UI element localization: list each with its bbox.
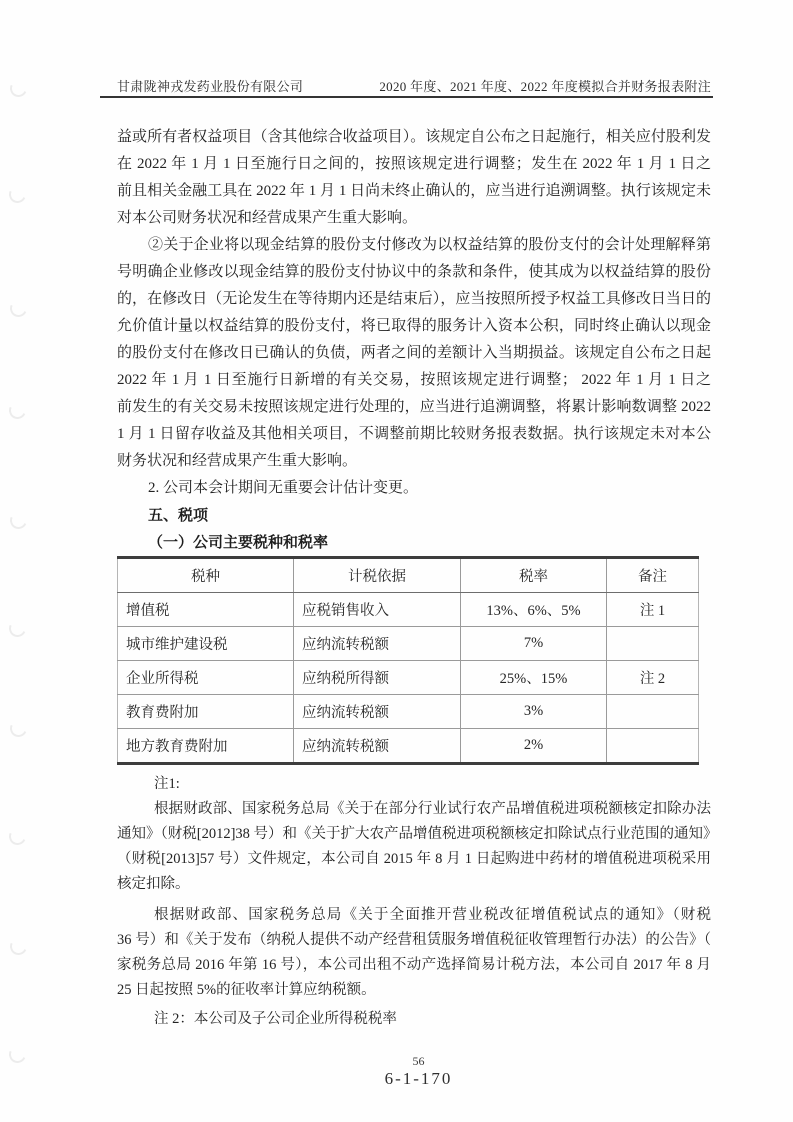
table-cell-basis: 应纳流转税额 bbox=[294, 729, 461, 764]
doc-page-code: 6-1-170 bbox=[22, 1069, 793, 1089]
paragraph-line: 1 月 1 日留存收益及其他相关项目，不调整前期比较财务报表数据。执行该规定未对… bbox=[117, 421, 711, 448]
note-paragraph: 根据财政部、国家税务总局《关于全面推开营业税改征增值税试点的通知》（财税（201… bbox=[117, 903, 711, 1003]
table-cell-tax: 增值税 bbox=[118, 593, 294, 627]
table-header-cell: 备注 bbox=[607, 558, 699, 593]
body-paragraph: ②关于企业将以现金结算的股份支付修改为以权益结算的股份支付的会计处理解释第 16… bbox=[117, 232, 711, 475]
note-paragraph: 根据财政部、国家税务总局《关于在部分行业试行农产品增值税进项税额核定扣除办法的 … bbox=[117, 797, 711, 897]
table-cell-tax: 企业所得税 bbox=[118, 661, 294, 695]
table-header-cell: 税种 bbox=[118, 558, 294, 593]
table-header-cell: 计税依据 bbox=[294, 558, 461, 593]
paragraph-line: 2022 年 1 月 1 日至施行日新增的有关交易，按照该规定进行调整； 202… bbox=[117, 367, 711, 394]
note-label: 注 2：本公司及子公司企业所得税税率 bbox=[117, 1007, 711, 1032]
paragraph-line: 在 2022 年 1 月 1 日至施行日之间的，按照该规定进行调整；发生在 20… bbox=[117, 151, 711, 178]
paragraph-line: 允价值计量以权益结算的股份支付，将已取得的服务计入资本公积，同时终止确认以现金结… bbox=[117, 313, 711, 340]
section-heading: 五、税项 bbox=[117, 502, 711, 529]
scan-artifact bbox=[8, 936, 30, 958]
paragraph-line: 财务状况和经营成果产生重大影响。 bbox=[117, 448, 711, 475]
page-body: 益或所有者权益项目（含其他综合收益项目）。该规定自公布之日起施行，相关应付股利发… bbox=[117, 124, 711, 1032]
tax-rate-table: 税种 计税依据 税率 备注 增值税 应税销售收入 13%、6%、5% 注 1 城… bbox=[117, 556, 699, 765]
page-number: 56 bbox=[22, 1054, 793, 1069]
table-notes: 注1: 根据财政部、国家税务总局《关于在部分行业试行农产品增值税进项税额核定扣除… bbox=[117, 772, 711, 1032]
scan-artifact bbox=[7, 618, 29, 640]
body-paragraph: 益或所有者权益项目（含其他综合收益项目）。该规定自公布之日起施行，相关应付股利发… bbox=[117, 124, 711, 232]
scan-artifact bbox=[7, 184, 29, 206]
paragraph-line: ②关于企业将以现金结算的股份支付修改为以权益结算的股份支付的会计处理解释第 16 bbox=[117, 232, 711, 259]
note-line: 家税务总局 2016 年第 16 号），本公司出租不动产选择简易计税方法，本公司… bbox=[117, 953, 711, 978]
paragraph-line: 2. 公司本会计期间无重要会计估计变更。 bbox=[117, 475, 711, 502]
note-line: 通知》（财税[2012]38 号）和《关于扩大农产品增值税进项税额核定扣除试点行… bbox=[117, 822, 711, 847]
scan-artifact bbox=[8, 510, 30, 532]
table-cell-note bbox=[607, 695, 699, 729]
scan-artifact bbox=[7, 400, 29, 422]
table-row: 增值税 应税销售收入 13%、6%、5% 注 1 bbox=[118, 593, 699, 627]
table-cell-basis: 应纳流转税额 bbox=[294, 695, 461, 729]
table-cell-note: 注 2 bbox=[607, 661, 699, 695]
note-line: 36 号）和《关于发布（纳税人提供不动产经营租赁服务增值税征收管理暂行办法）的公… bbox=[117, 928, 711, 953]
table-cell-basis: 应税销售收入 bbox=[294, 593, 461, 627]
note-line: 根据财政部、国家税务总局《关于全面推开营业税改征增值税试点的通知》（财税（201… bbox=[117, 903, 711, 928]
scan-artifact bbox=[8, 298, 30, 320]
company-name: 甘肃陇神戎发药业股份有限公司 bbox=[117, 76, 303, 95]
table-cell-tax: 地方教育费附加 bbox=[118, 729, 294, 764]
paragraph-line: 的股份支付在修改日已确认的负债，两者之间的差额计入当期损益。该规定自公布之日起施… bbox=[117, 340, 711, 367]
table-cell-note: 注 1 bbox=[607, 593, 699, 627]
note-line: 核定扣除。 bbox=[117, 872, 711, 897]
table-cell-rate: 7% bbox=[461, 627, 607, 661]
table-row: 企业所得税 应纳税所得额 25%、15% 注 2 bbox=[118, 661, 699, 695]
scan-artifact bbox=[8, 718, 30, 740]
table-cell-note bbox=[607, 729, 699, 764]
table-cell-tax: 城市维护建设税 bbox=[118, 627, 294, 661]
header-rule bbox=[100, 96, 713, 98]
table-cell-tax: 教育费附加 bbox=[118, 695, 294, 729]
paragraph-line: 前且相关金融工具在 2022 年 1 月 1 日尚未终止确认的，应当进行追溯调整… bbox=[117, 178, 711, 205]
note-line: 根据财政部、国家税务总局《关于在部分行业试行农产品增值税进项税额核定扣除办法的 bbox=[117, 797, 711, 822]
note-line: （财税[2013]57 号）文件规定，本公司自 2015 年 8 月 1 日起购… bbox=[117, 847, 711, 872]
table-cell-rate: 25%、15% bbox=[461, 661, 607, 695]
paragraph-line: 前发生的有关交易未按照该规定进行处理的，应当进行追溯调整，将累计影响数调整 20… bbox=[117, 394, 711, 421]
table-cell-rate: 3% bbox=[461, 695, 607, 729]
table-header-cell: 税率 bbox=[461, 558, 607, 593]
paragraph-line: 对本公司财务状况和经营成果产生重大影响。 bbox=[117, 205, 711, 232]
table-header-row: 税种 计税依据 税率 备注 bbox=[118, 558, 699, 593]
scan-artifact bbox=[7, 826, 29, 848]
paragraph-line: 号明确企业修改以现金结算的股份支付协议中的条款和条件，使其成为以权益结算的股份支… bbox=[117, 259, 711, 286]
document-page: 甘肃陇神戎发药业股份有限公司 2020 年度、2021 年度、2022 年度模拟… bbox=[0, 0, 793, 1122]
page-header: 甘肃陇神戎发药业股份有限公司 2020 年度、2021 年度、2022 年度模拟… bbox=[117, 76, 711, 95]
table-row: 教育费附加 应纳流转税额 3% bbox=[118, 695, 699, 729]
note-label: 注1: bbox=[117, 772, 711, 797]
paragraph-line: 益或所有者权益项目（含其他综合收益项目）。该规定自公布之日起施行，相关应付股利发… bbox=[117, 124, 711, 151]
subsection-heading: （一）公司主要税种和税率 bbox=[117, 529, 711, 556]
table-row: 地方教育费附加 应纳流转税额 2% bbox=[118, 729, 699, 764]
table-cell-note bbox=[607, 627, 699, 661]
table-row: 城市维护建设税 应纳流转税额 7% bbox=[118, 627, 699, 661]
note-line: 25 日起按照 5%的征收率计算应纳税额。 bbox=[117, 978, 711, 1003]
table-cell-rate: 13%、6%、5% bbox=[461, 593, 607, 627]
table-cell-rate: 2% bbox=[461, 729, 607, 764]
table-cell-basis: 应纳税所得额 bbox=[294, 661, 461, 695]
report-title: 2020 年度、2021 年度、2022 年度模拟合并财务报表附注 bbox=[379, 76, 711, 95]
paragraph-line: 的，在修改日（无论发生在等待期内还是结束后），应当按照所授予权益工具修改日当日的… bbox=[117, 286, 711, 313]
scan-artifact bbox=[8, 78, 30, 100]
table-cell-basis: 应纳流转税额 bbox=[294, 627, 461, 661]
